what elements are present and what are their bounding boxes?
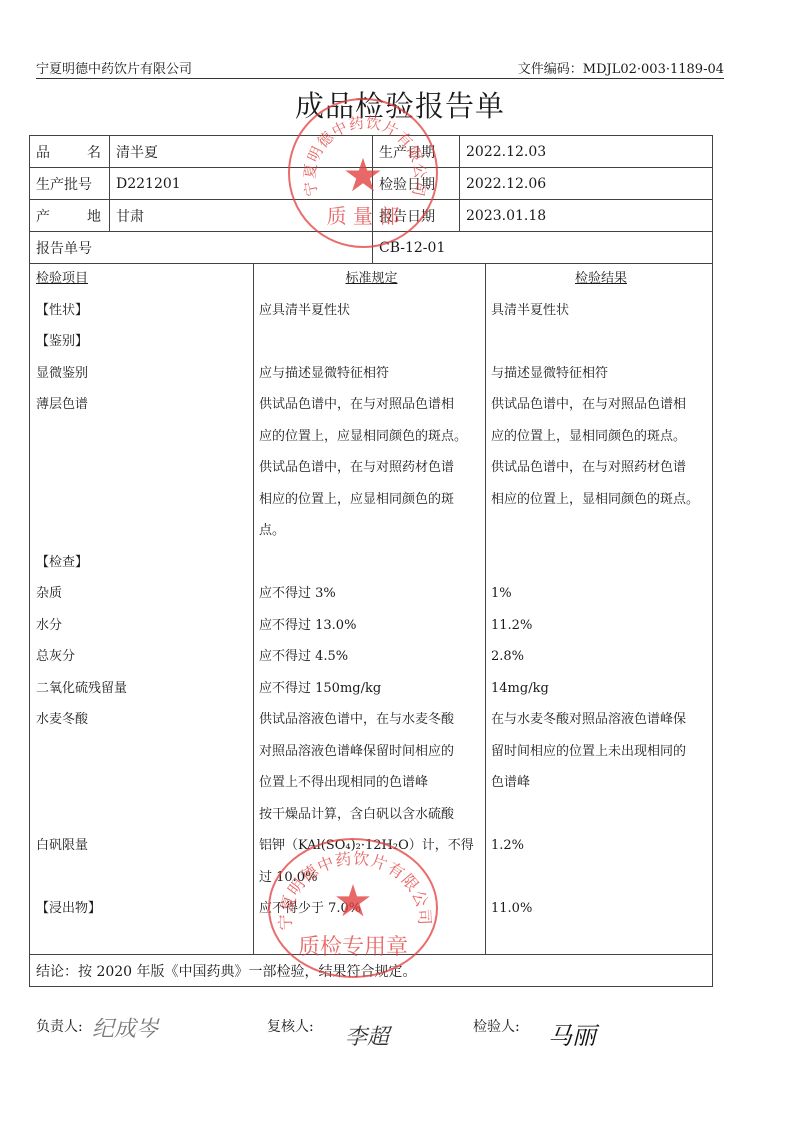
standards-column: 标准规定 应具清半夏性状应与描述显微特征相符供试品色谱中，在与对照品色谱相应的位… [259, 263, 484, 986]
column-header-standard: 标准规定 [259, 263, 484, 295]
label-char: 产 [36, 206, 50, 226]
result-line: 相应的位置上，显相同颜色的斑点。 [491, 484, 711, 516]
standard-line: 对照品溶液色谱峰保留时间相应的 [259, 736, 484, 768]
production-date-value: 2022.12.03 [460, 136, 710, 167]
report-date-label: 报告日期 [373, 200, 458, 231]
item-line: 总灰分 [36, 641, 251, 673]
result-line [491, 862, 711, 894]
result-line: 1% [491, 578, 711, 610]
standard-line: 供试品溶液色谱中，在与水麦冬酸 [259, 704, 484, 736]
report-title: 成品检验报告单 [0, 84, 800, 125]
standard-line: 应具清半夏性状 [259, 295, 484, 327]
report-date-value: 2023.01.18 [460, 200, 710, 231]
standard-line: 相应的位置上，应显相同颜色的斑 [259, 484, 484, 516]
result-line: 11.0% [491, 893, 711, 925]
item-line: 【鉴别】 [36, 326, 251, 358]
result-line: 留时间相应的位置上未出现相同的 [491, 736, 711, 768]
standard-line: 应不得过 150mg/kg [259, 673, 484, 705]
item-line [36, 484, 251, 516]
results-column: 检验结果 具清半夏性状与描述显微特征相符供试品色谱中，在与对照品色谱相应的位置上… [491, 263, 711, 986]
standard-line: 应不得过 13.0% [259, 610, 484, 642]
inspector-label: 检验人: [473, 1016, 520, 1036]
item-line: 白矾限量 [36, 830, 251, 862]
row-batch: 生产批号 D221201 检验日期 2022.12.06 [30, 168, 712, 200]
column-header-item: 检验项目 [36, 263, 251, 295]
result-line: 具清半夏性状 [491, 295, 711, 327]
item-line [36, 421, 251, 453]
inspection-date-value: 2022.12.06 [460, 168, 710, 199]
item-line: 杂质 [36, 578, 251, 610]
result-line: 供试品色谱中，在与对照品色谱相 [491, 389, 711, 421]
production-date-label: 生产日期 [373, 136, 458, 167]
standard-line: 应不得过 3% [259, 578, 484, 610]
result-line: 应的位置上，显相同颜色的斑点。 [491, 421, 711, 453]
inspection-date-label: 检验日期 [373, 168, 458, 199]
result-line [491, 547, 711, 579]
result-line: 2.8% [491, 641, 711, 673]
column-header-result: 检验结果 [491, 263, 711, 295]
batch-value: D221201 [110, 168, 370, 199]
report-no-value: CB-12-01 [373, 232, 673, 263]
item-line [36, 736, 251, 768]
conclusion: 结论：按 2020 年版《中国药典》一部检验，结果符合规定。 [30, 954, 712, 986]
result-line: 供试品色谱中，在与对照药材色谱 [491, 452, 711, 484]
item-line [36, 862, 251, 894]
standard-line [259, 326, 484, 358]
standard-line [259, 547, 484, 579]
inspection-report-table: 品 名 清半夏 生产日期 2022.12.03 生产批号 D221201 检验日… [29, 135, 713, 987]
item-line: 【检查】 [36, 547, 251, 579]
result-line [491, 799, 711, 831]
result-line: 色谱峰 [491, 767, 711, 799]
origin-value: 甘肃 [110, 200, 370, 231]
result-line [491, 515, 711, 547]
item-line: 二氧化硫残留量 [36, 673, 251, 705]
item-line: 薄层色谱 [36, 389, 251, 421]
standard-line: 应的位置上，应显相同颜色的斑点。 [259, 421, 484, 453]
row-report-no: 报告单号 CB-12-01 [30, 232, 712, 264]
result-line: 14mg/kg [491, 673, 711, 705]
result-line: 11.2% [491, 610, 711, 642]
result-line: 1.2% [491, 830, 711, 862]
item-line [36, 799, 251, 831]
result-line [491, 326, 711, 358]
reviewer-label: 复核人: [267, 1016, 314, 1036]
standard-line: 应与描述显微特征相符 [259, 358, 484, 390]
item-line: 显微鉴别 [36, 358, 251, 390]
item-line: 水分 [36, 610, 251, 642]
result-line: 在与水麦冬酸对照品溶液色谱峰保 [491, 704, 711, 736]
page-header: 宁夏明德中药饮片有限公司 文件编码：MDJL02·003·1189-04 [36, 56, 724, 79]
responsible-label: 负责人: [36, 1016, 83, 1036]
row-product-name: 品 名 清半夏 生产日期 2022.12.03 [30, 136, 712, 168]
standard-line: 位置上不得出现相同的色谱峰 [259, 767, 484, 799]
standard-line: 应不得过 4.5% [259, 641, 484, 673]
standard-line: 过 10.0% [259, 862, 484, 894]
standard-line: 点。 [259, 515, 484, 547]
company-name: 宁夏明德中药饮片有限公司 [36, 58, 192, 77]
batch-label: 生产批号 [30, 168, 109, 199]
inspector-signature: 马丽 [548, 1016, 596, 1051]
responsible-signature: 纪成岑 [92, 1012, 158, 1043]
standard-line: 铝钾（KAl(SO₄)₂·12H₂O）计，不得 [259, 830, 484, 862]
standard-line: 供试品色谱中，在与对照药材色谱 [259, 452, 484, 484]
item-line [36, 452, 251, 484]
item-line: 水麦冬酸 [36, 704, 251, 736]
document-code: 文件编码：MDJL02·003·1189-04 [518, 58, 724, 77]
standard-line: 应不得少于 7.0% [259, 893, 484, 925]
label-char: 品 [36, 142, 50, 162]
label-char: 地 [87, 206, 101, 226]
reviewer-signature: 李超 [345, 1020, 389, 1051]
row-origin: 产 地 甘肃 报告日期 2023.01.18 [30, 200, 712, 232]
result-line: 与描述显微特征相符 [491, 358, 711, 390]
label-char: 名 [87, 142, 101, 162]
standard-line: 供试品色谱中，在与对照品色谱相 [259, 389, 484, 421]
report-no-label: 报告单号 [30, 232, 330, 263]
standard-line: 按干燥品计算，含白矾以含水硫酸 [259, 799, 484, 831]
product-name-value: 清半夏 [110, 136, 370, 167]
item-line [36, 515, 251, 547]
origin-label: 产 地 [30, 200, 109, 231]
item-line [36, 767, 251, 799]
items-column: 检验项目 【性状】【鉴别】显微鉴别薄层色谱【检查】杂质水分总灰分二氧化硫残留量水… [36, 263, 251, 986]
item-line: 【性状】 [36, 295, 251, 327]
product-name-label: 品 名 [30, 136, 109, 167]
item-line: 【浸出物】 [36, 893, 251, 925]
